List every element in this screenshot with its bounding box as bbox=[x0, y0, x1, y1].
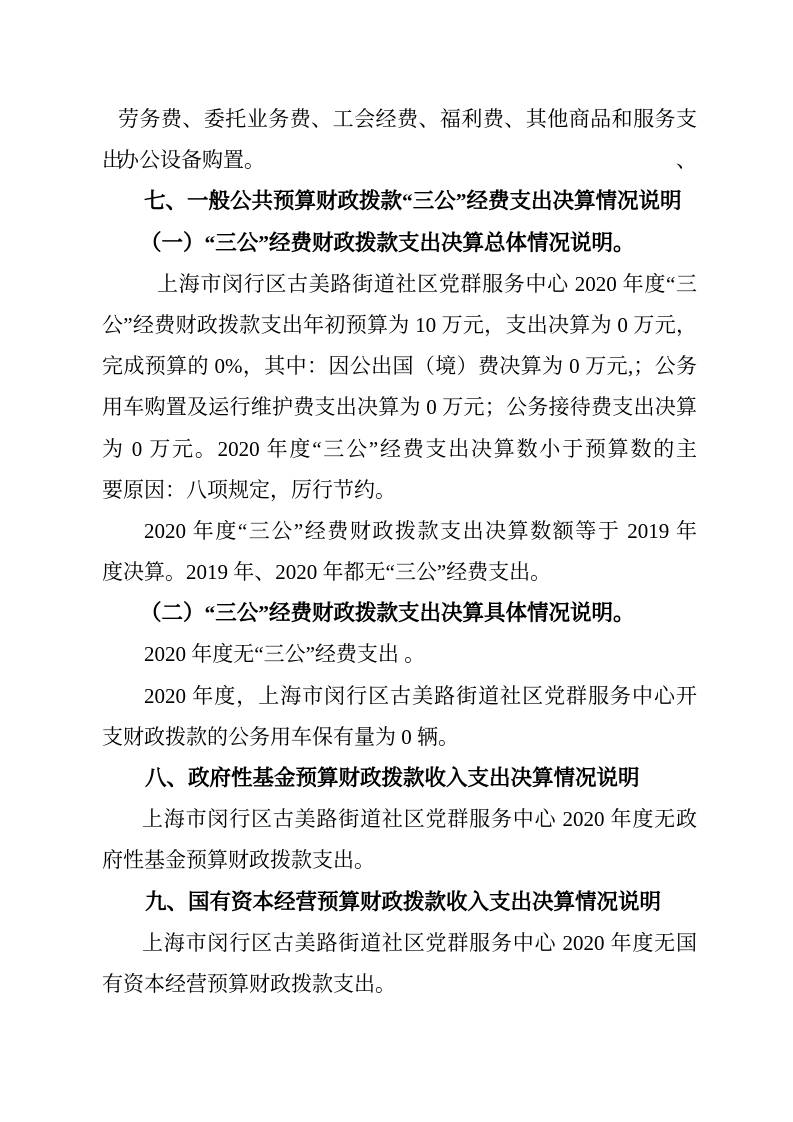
paragraph-line: 用车购置及运行维护费支出决算为 0 万元；公务接待费支出决算 bbox=[102, 387, 697, 428]
paragraph-line: 支财政拨款的公务用车保有量为 0 辆。 bbox=[102, 717, 697, 758]
document-page: 劳务费、委托业务费、工会经费、福利费、其他商品和服务支出、办公设备购置。七、一般… bbox=[0, 0, 793, 1122]
paragraph-line: 2020 年度，上海市闵行区古美路街道社区党群服务中心开 bbox=[102, 676, 697, 717]
section-heading: （一）“三公”经费财政拨款支出决算总体情况说明。 bbox=[102, 223, 697, 264]
section-heading: 九、国有资本经营预算财政拨款收入支出决算情况说明 bbox=[102, 882, 697, 923]
paragraph-line: 为 0 万元。2020 年度“三公”经费支出决算数小于预算数的主 bbox=[102, 429, 697, 470]
paragraph-line: 劳务费、委托业务费、工会经费、福利费、其他商品和服务支出、 bbox=[102, 99, 697, 140]
paragraph-line: 要原因：八项规定，厉行节约。 bbox=[102, 470, 697, 511]
paragraph-line: 上海市闵行区古美路街道社区党群服务中心 2020 年度“三 bbox=[102, 264, 697, 305]
paragraph-line: 2020 年度无“三公”经费支出 。 bbox=[102, 634, 697, 675]
paragraph-line: 2020 年度“三公”经费财政拨款支出决算数额等于 2019 年 bbox=[102, 511, 697, 552]
paragraph-line: 度决算。2019 年、2020 年都无“三公”经费支出。 bbox=[102, 552, 697, 593]
section-heading: （二）“三公”经费财政拨款支出决算具体情况说明。 bbox=[102, 593, 697, 634]
paragraph-line: 有资本经营预算财政拨款支出。 bbox=[102, 964, 697, 1005]
paragraph-line: 公”经费财政拨款支出年初预算为 10 万元，支出决算为 0 万元， bbox=[102, 305, 697, 346]
paragraph-line: 上海市闵行区古美路街道社区党群服务中心 2020 年度无政 bbox=[102, 799, 697, 840]
document-content: 劳务费、委托业务费、工会经费、福利费、其他商品和服务支出、办公设备购置。七、一般… bbox=[102, 99, 697, 1005]
paragraph-line: 完成预算的 0%，其中：因公出国（境）费决算为 0 万元,；公务 bbox=[102, 346, 697, 387]
paragraph-line: 上海市闵行区古美路街道社区党群服务中心 2020 年度无国 bbox=[102, 923, 697, 964]
section-heading: 七、一般公共预算财政拨款“三公”经费支出决算情况说明 bbox=[102, 181, 697, 222]
section-heading: 八、政府性基金预算财政拨款收入支出决算情况说明 bbox=[102, 758, 697, 799]
paragraph-line: 府性基金预算财政拨款支出。 bbox=[102, 840, 697, 881]
